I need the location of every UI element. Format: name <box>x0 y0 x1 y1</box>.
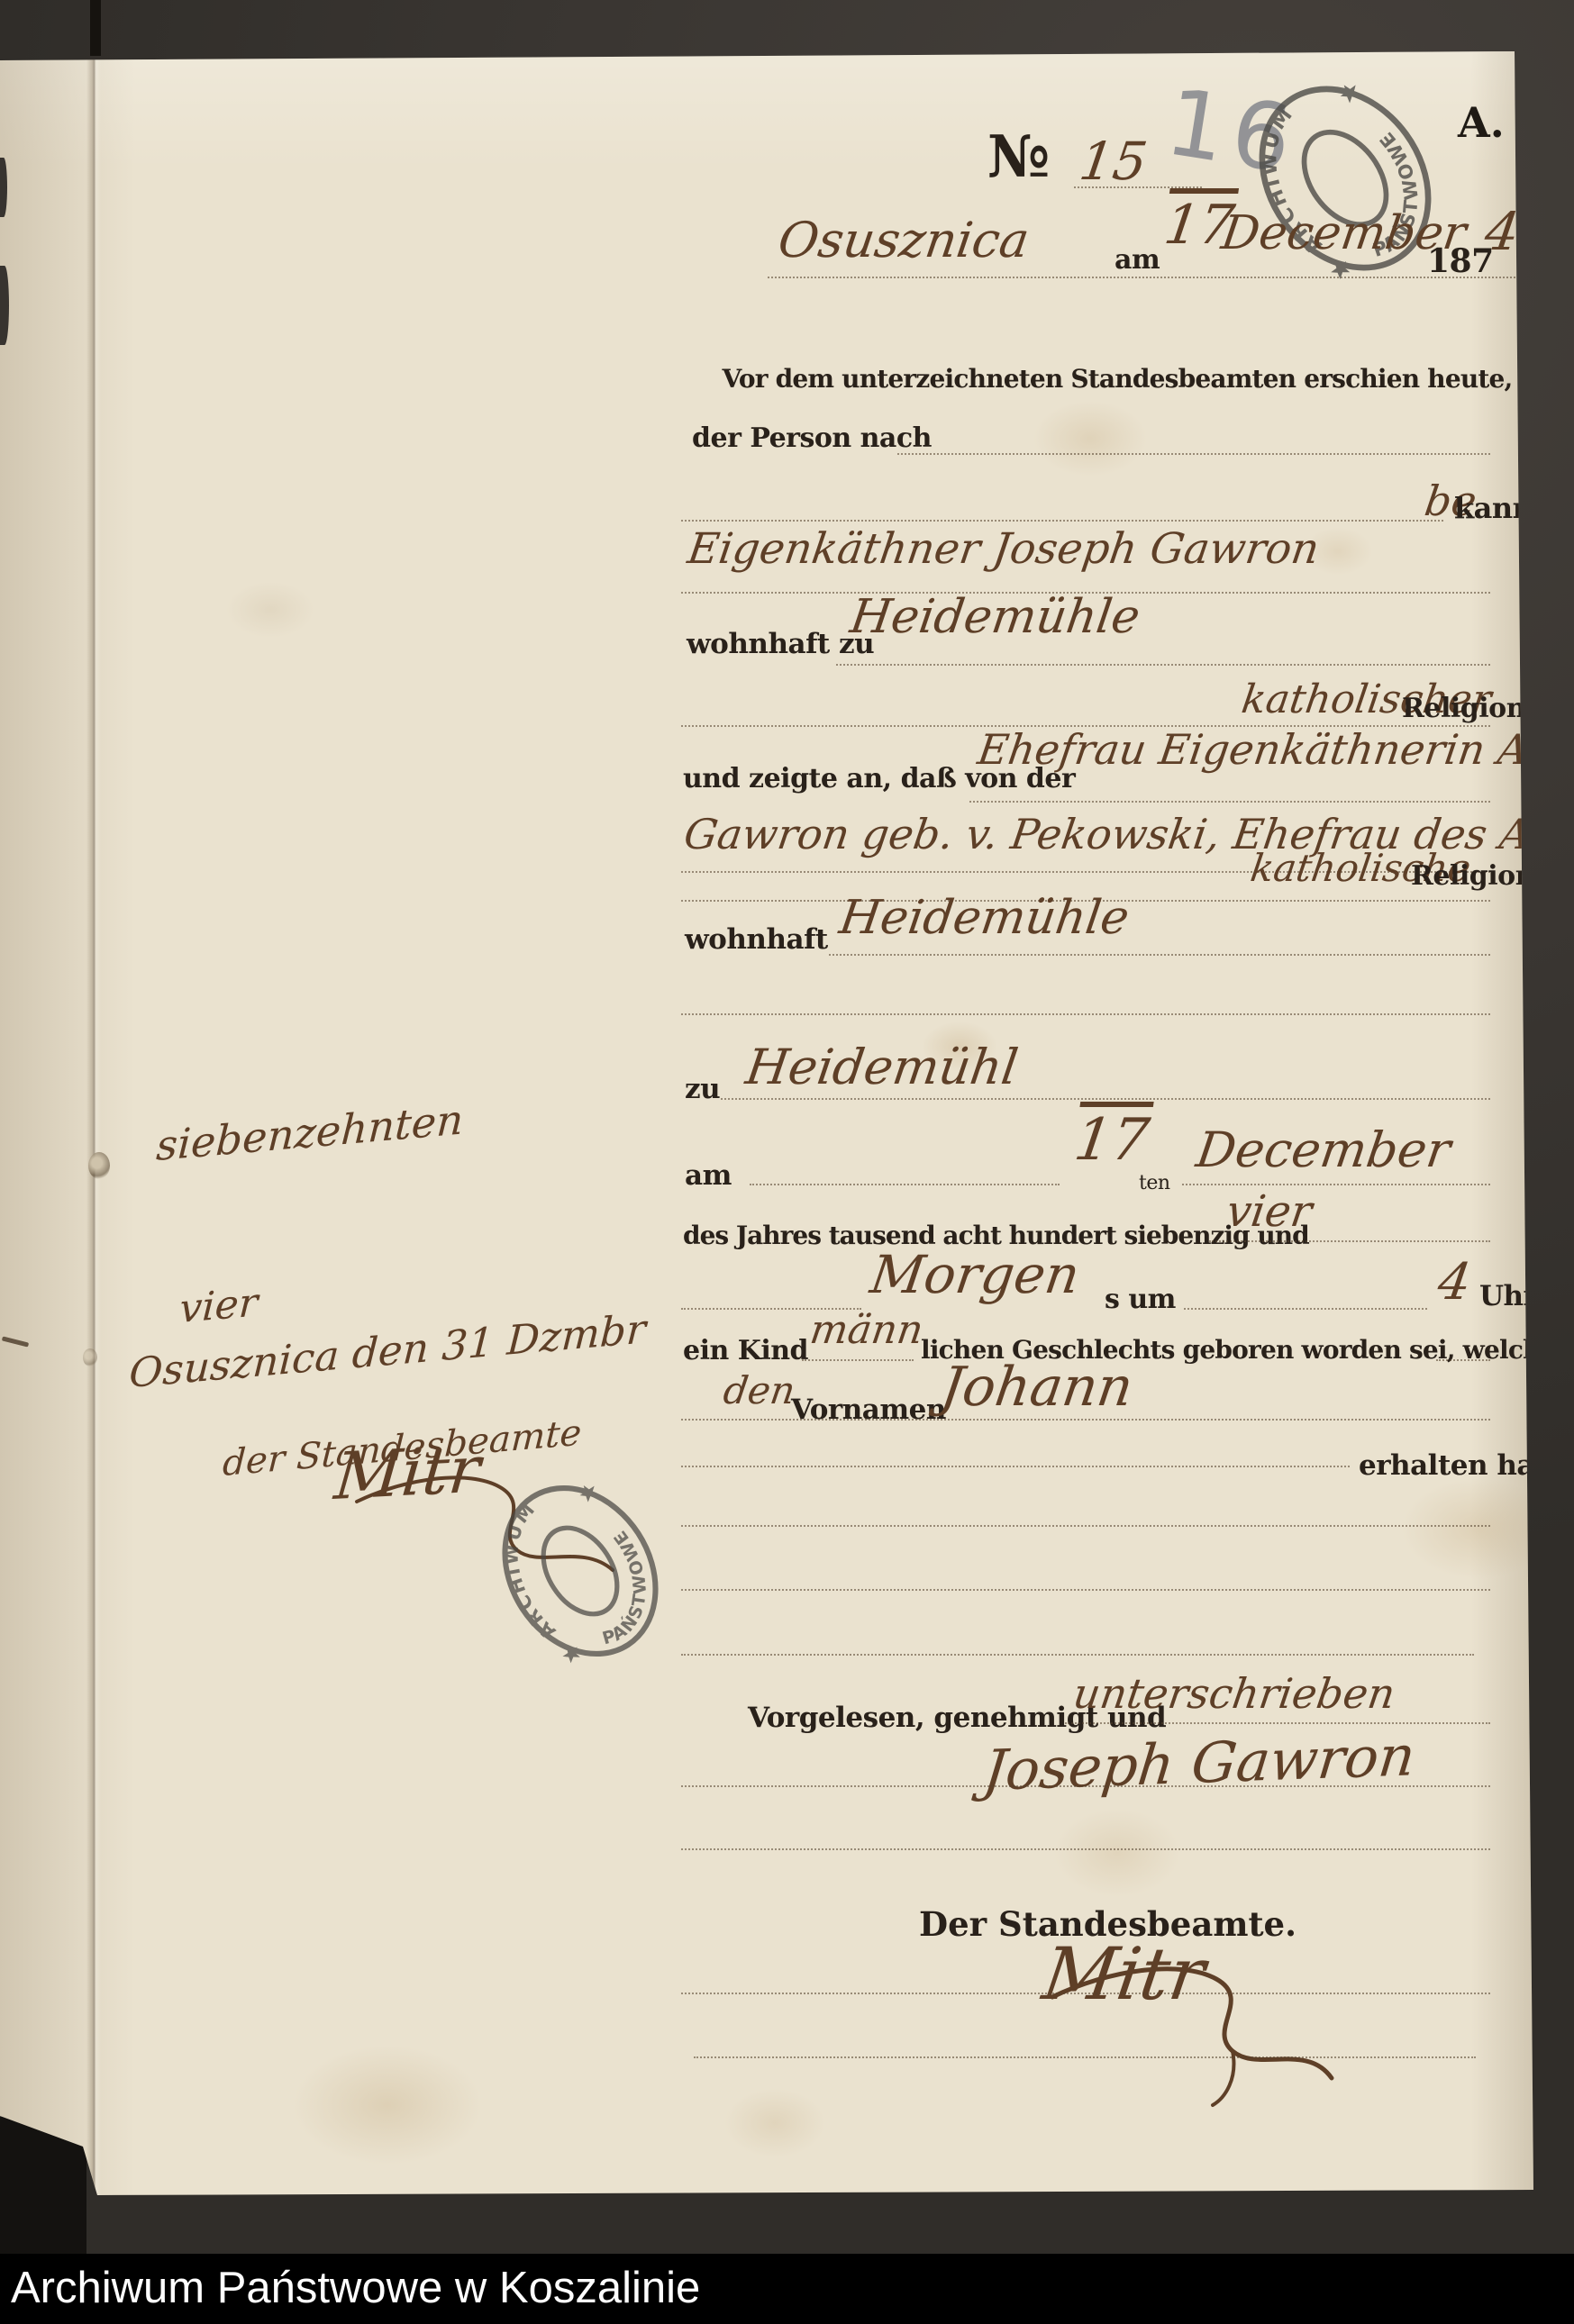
mother-line-1: Ehefrau Eigenkäthnerin Anna <box>975 725 1574 774</box>
paper-hole <box>83 1348 97 1366</box>
dotted-fill-line <box>829 954 1490 956</box>
dotted-fill-line <box>681 1419 1490 1421</box>
margin-ink-mark <box>2 1336 29 1347</box>
am-label: am <box>1115 244 1160 276</box>
dotted-fill-line <box>681 520 1443 522</box>
dotted-fill-line <box>750 1184 1060 1185</box>
dotted-fill-line <box>681 1785 1490 1787</box>
declarant-signature: Joseph Gawron <box>980 1722 1418 1803</box>
s-um-printed: s um <box>1105 1284 1176 1315</box>
dotted-fill-line <box>897 453 1490 455</box>
den-handwritten: den <box>721 1368 798 1412</box>
form-letter-a: A. <box>1458 98 1505 147</box>
closing-handwritten: unterschrieben <box>1070 1669 1398 1718</box>
vornamen-label: Vornamen <box>791 1393 946 1426</box>
dotted-fill-line <box>721 1098 1490 1100</box>
religion-label: Religion <box>1411 860 1534 892</box>
wohnhaft-label: wohnhaft <box>685 923 828 956</box>
birth-day: 17 <box>1070 1107 1153 1174</box>
dotted-fill-line <box>1209 1240 1490 1242</box>
dotted-fill-line <box>681 1848 1490 1850</box>
margin-note-seventeenth: siebenzehnten <box>155 1095 465 1170</box>
dotted-fill-line <box>681 1466 1350 1467</box>
registry-number-label: № <box>987 123 1050 191</box>
signature-flourish <box>1045 1943 1342 2118</box>
religion-label: Religion <box>1402 693 1525 724</box>
dotted-fill-line <box>768 277 1526 278</box>
birth-month: December <box>1193 1121 1454 1178</box>
dotted-fill-line <box>1074 186 1202 188</box>
declarant-residence: Heidemühle <box>847 590 1143 644</box>
dotted-fill-line <box>681 1654 1474 1656</box>
dotted-fill-line <box>836 664 1490 666</box>
time-of-day: Morgen <box>867 1244 1083 1305</box>
year-written-digit: 4 <box>1481 201 1523 262</box>
archive-caption-text: Archiwum Państwowe w Koszalinie <box>11 2263 700 2313</box>
person-nach-label: der Person nach <box>692 422 932 454</box>
child-sentence-start: ein Kind <box>683 1335 808 1366</box>
registry-number-value: 15 <box>1076 131 1151 192</box>
ten-suffix: ten <box>1139 1172 1170 1194</box>
archive-caption-bar: Archiwum Państwowe w Koszalinie <box>0 2254 1574 2324</box>
margin-note-four: vier <box>178 1280 259 1332</box>
year-word: vier <box>1224 1186 1315 1237</box>
svg-text:ARCHIWUM: ARCHIWUM <box>467 1493 602 1647</box>
wohnhaft-zu-label: wohnhaft zu <box>687 628 874 660</box>
erhalten-habe-label: erhalten habe <box>1359 1449 1570 1482</box>
dotted-fill-line <box>681 1589 1490 1591</box>
dotted-fill-line <box>681 1993 1490 1994</box>
mother-residence: Heidemühle <box>836 891 1133 945</box>
child-gender: männ <box>807 1307 926 1353</box>
birth-hour: 4 <box>1434 1253 1475 1312</box>
dotted-fill-line <box>681 1525 1490 1527</box>
record-place: Osusznica <box>775 212 1033 268</box>
form-intro-line: Vor dem unterzeichneten Standesbeamten e… <box>721 364 1514 394</box>
dotted-fill-line <box>802 1359 914 1361</box>
dotted-fill-line <box>1182 1184 1490 1185</box>
dotted-fill-line <box>1184 1308 1427 1310</box>
dotted-fill-line <box>1065 1722 1490 1724</box>
birth-place: Heidemühl <box>742 1039 1022 1095</box>
dotted-fill-line <box>1436 1359 1490 1361</box>
am-label: am <box>685 1159 732 1192</box>
torn-edge-nick <box>0 266 9 345</box>
document-paper: № 15 16 A. ARCHIWUM PAŃSTWOWE Osusznica … <box>0 51 1533 2195</box>
zu-label: zu <box>685 1073 720 1105</box>
dotted-fill-line <box>681 1013 1490 1015</box>
child-first-name: Johann <box>937 1356 1137 1419</box>
binding-gap-shadow <box>90 0 101 56</box>
scanned-document-page: № 15 16 A. ARCHIWUM PAŃSTWOWE Osusznica … <box>0 0 1574 2324</box>
stamp-word-archiwum: ARCHIWUM <box>467 1493 602 1647</box>
binding-crease <box>86 51 101 2195</box>
dotted-fill-line <box>969 801 1490 803</box>
paper-hole <box>88 1152 110 1179</box>
torn-edge-nick <box>0 158 7 217</box>
declarant-name: Eigenkäthner Joseph Gawron <box>685 524 1323 574</box>
uhr-label: Uhr <box>1479 1280 1537 1312</box>
bekannt-printed: kannt <box>1454 491 1546 525</box>
dotted-fill-line <box>694 2056 1476 2058</box>
